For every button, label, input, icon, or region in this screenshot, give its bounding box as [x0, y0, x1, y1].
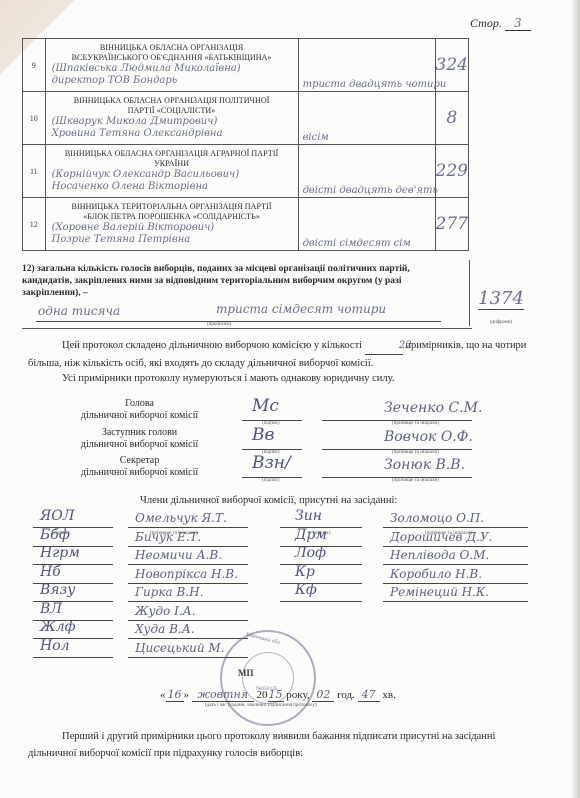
member-signature: Нгрм — [40, 545, 80, 561]
official-signature: Вв — [252, 425, 274, 445]
votes-in-digits: 324 — [436, 55, 468, 75]
official-signature: Взн/ — [252, 453, 291, 473]
member-name-line — [128, 527, 248, 528]
official-signature: Мс — [252, 396, 279, 416]
votes-in-words-cell: вісім — [298, 92, 435, 145]
member-name-line — [383, 601, 528, 602]
votes-in-digits-cell: 229 — [435, 145, 468, 198]
party-cell: ВІННИЦЬКА ТЕРИТОРІАЛЬНА ОРГАНІЗАЦІЯ ПАРТ… — [45, 198, 298, 251]
member-name-line — [128, 583, 248, 584]
member-name-line — [383, 564, 528, 565]
time-minute: 47 — [358, 688, 380, 702]
party-name: ВІННИЦЬКА ОБЛАСНА ОРГАНІЗАЦІЯ ПОЛІТИЧНОЇ… — [46, 96, 298, 116]
member-name-line — [383, 583, 528, 584]
total-words-part1: одна тисяча — [38, 304, 120, 318]
party-row: 9 ВІННИЦЬКА ОБЛАСНА ОРГАНІЗАЦІЯ ВСЕУКРАЇ… — [23, 39, 469, 92]
official-role: Секретар дільничної виборчої комісії — [62, 455, 217, 479]
party-name: ВІННИЦЬКА ОБЛАСНА ОРГАНІЗАЦІЯ ВСЕУКРАЇНС… — [46, 43, 298, 63]
official-name: Зонюк В.В. — [384, 457, 465, 473]
member-signature: Кр — [295, 564, 315, 580]
page-number-value: 3 — [505, 16, 531, 31]
member-signature: Жлф — [40, 619, 76, 635]
total-votes-block: 12) загальна кількість голосів виборців,… — [22, 260, 470, 326]
party-votes-table: 9 ВІННИЦЬКА ОБЛАСНА ОРГАНІЗАЦІЯ ВСЕУКРАЇ… — [22, 38, 469, 251]
member-signature: ВЛ — [40, 601, 62, 617]
member-name-line — [383, 546, 528, 547]
member-signature: Нол — [40, 638, 70, 654]
datetime-caption: (дата і час (години, хвилини) підписання… — [205, 703, 317, 708]
time-hour: 02 — [312, 688, 334, 702]
member-name: Неомичи А.В. — [135, 548, 222, 562]
closing-paragraph: Перший і другий примірники цього протоко… — [28, 728, 538, 762]
member-name: Ремінеций Н.К. — [390, 585, 489, 599]
member-name-line — [383, 527, 528, 528]
total-votes-label: 12) загальна кількість голосів виборців,… — [22, 260, 437, 299]
member-name-line — [128, 638, 248, 639]
votes-in-words: двісті сімдесят сім — [303, 238, 411, 249]
votes-in-words: вісім — [303, 132, 329, 143]
party-row: 10 ВІННИЦЬКА ОБЛАСНА ОРГАНІЗАЦІЯ ПОЛІТИЧ… — [23, 92, 469, 145]
member-name: Коробило Н.В. — [390, 567, 482, 581]
member-name: Неплівода О.М. — [390, 548, 489, 562]
party-name: ВІННИЦЬКА ТЕРИТОРІАЛЬНА ОРГАНІЗАЦІЯ ПАРТ… — [46, 202, 298, 222]
member-name: Цисецький М. — [135, 641, 224, 655]
member-signature-line — [280, 564, 362, 565]
party-representatives: (Шкварук Микола Дмитрович) Хровина Тетян… — [46, 116, 298, 140]
party-cell: ВІННИЦЬКА ОБЛАСНА ОРГАНІЗАЦІЯ ВСЕУКРАЇНС… — [45, 39, 298, 92]
date-year: 15 — [268, 688, 284, 702]
date-month: жовтня — [192, 688, 254, 702]
official-name: Вовчок О.Ф. — [384, 429, 473, 445]
stamp-mp-label: МП — [238, 668, 254, 678]
party-number: 11 — [23, 145, 46, 198]
party-number: 10 — [23, 92, 46, 145]
votes-in-words: двісті двадцять дев'ять — [303, 185, 438, 196]
official-stamp: Вінницька обл. МП №050135 — [220, 630, 316, 726]
member-name-line — [128, 546, 248, 547]
total-digits-value: 1374 — [478, 288, 524, 310]
party-row: 12 ВІННИЦЬКА ТЕРИТОРІАЛЬНА ОРГАНІЗАЦІЯ П… — [23, 198, 469, 251]
member-name-line — [128, 620, 248, 621]
party-representatives: (Корнійчук Олександр Васильович) Носачен… — [46, 169, 298, 193]
member-signature: ЯОЛ — [40, 508, 74, 524]
votes-in-digits: 8 — [446, 108, 457, 128]
party-cell: ВІННИЦЬКА ОБЛАСНА ОРГАНІЗАЦІЯ АГРАРНОЇ П… — [45, 145, 298, 198]
votes-in-words-cell: двісті двадцять дев'ять — [298, 145, 435, 198]
protocol-page: Стор. 3 9 ВІННИЦЬКА ОБЛАСНА ОРГАНІЗАЦІЯ … — [0, 0, 580, 798]
total-words-part2: триста сімдесят чотири — [216, 302, 386, 316]
member-name-line — [128, 564, 248, 565]
votes-in-words: триста двадцять чотири — [303, 79, 447, 90]
member-signature: Кф — [295, 582, 317, 598]
votes-in-words-cell: триста двадцять чотири — [298, 39, 435, 92]
member-name: Худа В.А. — [135, 622, 195, 636]
votes-in-digits: 229 — [436, 161, 468, 181]
total-bottom-rule — [22, 328, 472, 329]
party-cell: ВІННИЦЬКА ОБЛАСНА ОРГАНІЗАЦІЯ ПОЛІТИЧНОЇ… — [45, 92, 298, 145]
member-name: Омельчук Я.Т. — [135, 511, 227, 525]
party-number: 9 — [23, 39, 46, 92]
member-name: Новопрікса Н.В. — [135, 567, 238, 581]
member-name: Жудо І.А. — [135, 604, 196, 618]
signing-datetime: «16» жовтня 2015 року, 02 год. 47 хв. — [160, 688, 396, 702]
copies-count: 22 — [365, 337, 403, 355]
page-edge-shadow — [572, 0, 580, 798]
party-number: 12 — [23, 198, 46, 251]
total-digits-block: 1374 (цифрами) — [478, 288, 524, 328]
member-signature-line — [33, 657, 113, 658]
total-words-line: одна тисяча триста сімдесят чотири — [36, 305, 441, 322]
member-signature: Зин — [295, 508, 322, 524]
votes-in-digits: 277 — [436, 214, 468, 234]
member-signature-line — [280, 583, 362, 584]
member-signature-line — [280, 601, 362, 602]
party-name: ВІННИЦЬКА ОБЛАСНА ОРГАНІЗАЦІЯ АГРАРНОЇ П… — [46, 149, 298, 169]
official-name: Зеченко С.М. — [384, 400, 482, 416]
party-representatives: (Шпаківська Людмила Миколаївна) директор… — [46, 63, 298, 87]
members-title: Члени дільничної виборчої комісії, прису… — [140, 495, 397, 506]
digits-caption: (цифрами) — [490, 320, 512, 325]
party-row: 11 ВІННИЦЬКА ОБЛАСНА ОРГАНІЗАЦІЯ АГРАРНО… — [23, 145, 469, 198]
page-number: Стор. 3 — [470, 16, 531, 31]
member-name-line — [128, 601, 248, 602]
member-signature: Лоф — [295, 545, 326, 561]
votes-in-digits-cell: 277 — [435, 198, 468, 251]
member-name: Гирка В.Н. — [135, 585, 203, 599]
copies-paragraph: Цей протокол складено дільничною виборчо… — [28, 337, 538, 372]
page-label: Стор. — [470, 16, 502, 30]
words-caption: (прописом) — [207, 322, 231, 327]
member-name: Золомоцо О.П. — [390, 511, 484, 525]
votes-in-words-cell: двісті сімдесят сім — [298, 198, 435, 251]
equal-force-paragraph: Усі примірники протоколу нумеруються і м… — [62, 370, 532, 387]
member-signature: Нб — [40, 564, 61, 580]
party-representatives: (Хоровне Валерій Вікторович) Позрие Тетя… — [46, 222, 298, 246]
official-role: Заступник голови дільничної виборчої ком… — [62, 427, 217, 451]
official-role: Голова дільничної виборчої комісії — [62, 398, 217, 422]
date-day: 16 — [166, 688, 184, 702]
member-signature: Вязу — [40, 582, 75, 598]
votes-in-digits-cell: 8 — [435, 92, 468, 145]
